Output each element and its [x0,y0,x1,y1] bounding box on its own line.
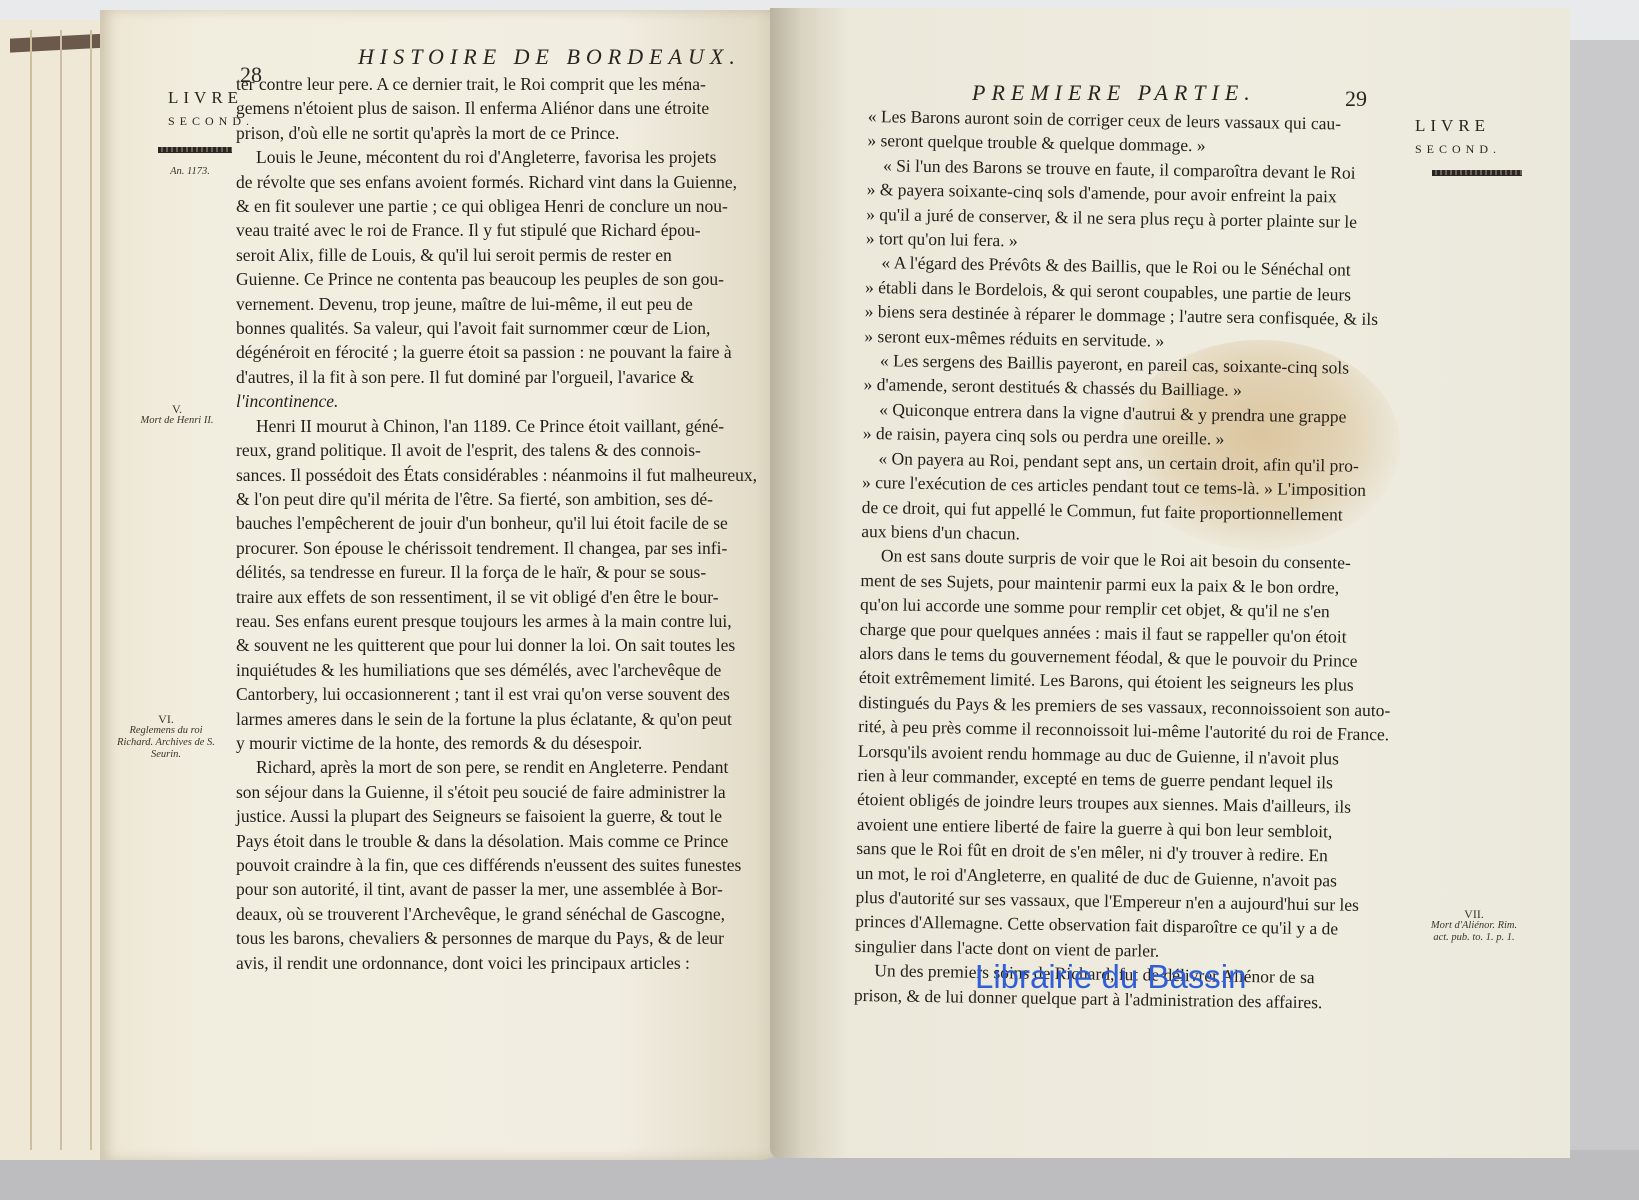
right-page-body: « Les Barons auront soin de corriger ceu… [854,104,1398,1015]
text-line: avis, il rendit une ordonnance, dont voi… [236,951,766,975]
text-line: de révolte que ses enfans avoient formés… [236,170,766,194]
right-running-head: PREMIERE PARTIE. [972,80,1256,106]
side-head-livre: LIVRE [1415,116,1501,136]
right-page-number: 29 [1345,86,1367,112]
text-line: Richard, après la mort de son pere, se r… [236,755,766,779]
text-line: pouvoit craindre à la fin, que ces diffé… [236,853,766,877]
margin-note-text: Mort d'Aliénor. Rim. act. pub. to. 1. p.… [1431,920,1517,943]
ornamental-rule [1432,170,1522,176]
margin-note-number: VII. [1428,908,1520,920]
page-edge [30,30,32,1150]
text-line: sances. Il possédoit des États considéra… [236,463,766,487]
text-line: deaux, où se trouverent l'Archevêque, le… [236,902,766,926]
text-line: d'autres, il la fit à son pere. Il fut d… [236,365,766,389]
text-line: reau. Ses enfans eurent presque toujours… [236,609,766,633]
side-head-second: SECOND. [1415,142,1501,157]
margin-note-text: An. 1173. [170,166,210,177]
text-line: ter contre leur pere. A ce dernier trait… [236,72,766,96]
text-line: pour son autorité, il tint, avant de pas… [236,877,766,901]
margin-note-text: Reglemens du roi Richard. Archives de S.… [117,725,215,760]
margin-note-text: Mort de Henri II. [141,415,214,426]
margin-note-vii: VII. Mort d'Aliénor. Rim. act. pub. to. … [1428,908,1520,944]
right-side-head: LIVRE SECOND. [1415,116,1501,157]
text-line: inquiétudes & les humiliations que ses d… [236,658,766,682]
text-line: l'incontinence. [236,389,766,413]
watermark-label: Librairie du Bassin [975,958,1246,996]
text-line: Guienne. Ce Prince ne contenta pas beauc… [236,267,766,291]
left-page-body: ter contre leur pere. A ce dernier trait… [236,72,766,975]
margin-note-number: VI. [112,713,220,725]
text-line: seroit Alix, fille de Louis, & qu'il lui… [236,243,766,267]
text-line: vernement. Devenu, trop jeune, maître de… [236,292,766,316]
margin-note-number: V. [132,403,222,415]
ornamental-rule [158,147,232,153]
text-line: son séjour dans la Guienne, il s'étoit p… [236,780,766,804]
margin-note-vi: VI. Reglemens du roi Richard. Archives d… [112,713,220,761]
text-line: délités, sa tendresse en fureur. Il la f… [236,560,766,584]
text-line: Pays étoit dans le trouble & dans la dés… [236,829,766,853]
text-line: y mourir victime de la honte, des remord… [236,731,766,755]
text-line: Louis le Jeune, mécontent du roi d'Angle… [236,145,766,169]
book-page-stack [0,20,113,1160]
text-line: traire aux effets de son ressentiment, i… [236,585,766,609]
text-line: Cantorbery, lui occasionnerent ; tant il… [236,682,766,706]
text-line: & en fit soulever une partie ; ce qui ob… [236,194,766,218]
text-line: gemens n'étoient plus de saison. Il enfe… [236,96,766,120]
text-line: bauches l'empêcherent de jouir d'un bonh… [236,511,766,535]
margin-note-an-1173: An. 1173. [160,166,220,178]
left-running-head: HISTOIRE DE BORDEAUX. [358,44,741,70]
text-line: veau traité avec le roi de France. Il y … [236,218,766,242]
text-line: tous les barons, chevaliers & personnes … [236,926,766,950]
text-line: larmes ameres dans le sein de la fortune… [236,707,766,731]
text-line: procurer. Son épouse le chérissoit tendr… [236,536,766,560]
text-line: justice. Aussi la plupart des Seigneurs … [236,804,766,828]
text-line: prison, d'où elle ne sortit qu'après la … [236,121,766,145]
page-edge [90,30,92,1150]
text-line: dégénéroit en férocité ; la guerre étoit… [236,340,766,364]
text-line: bonnes qualités. Sa valeur, qui l'avoit … [236,316,766,340]
text-line: Henri II mourut à Chinon, l'an 1189. Ce … [236,414,766,438]
text-line: reux, grand politique. Il avoit de l'esp… [236,438,766,462]
margin-note-v: V. Mort de Henri II. [132,403,222,427]
text-line: & l'on peut dire qu'il mérita de l'être.… [236,487,766,511]
text-line: & souvent ne les quitterent que pour lui… [236,633,766,657]
page-edge [60,30,62,1150]
